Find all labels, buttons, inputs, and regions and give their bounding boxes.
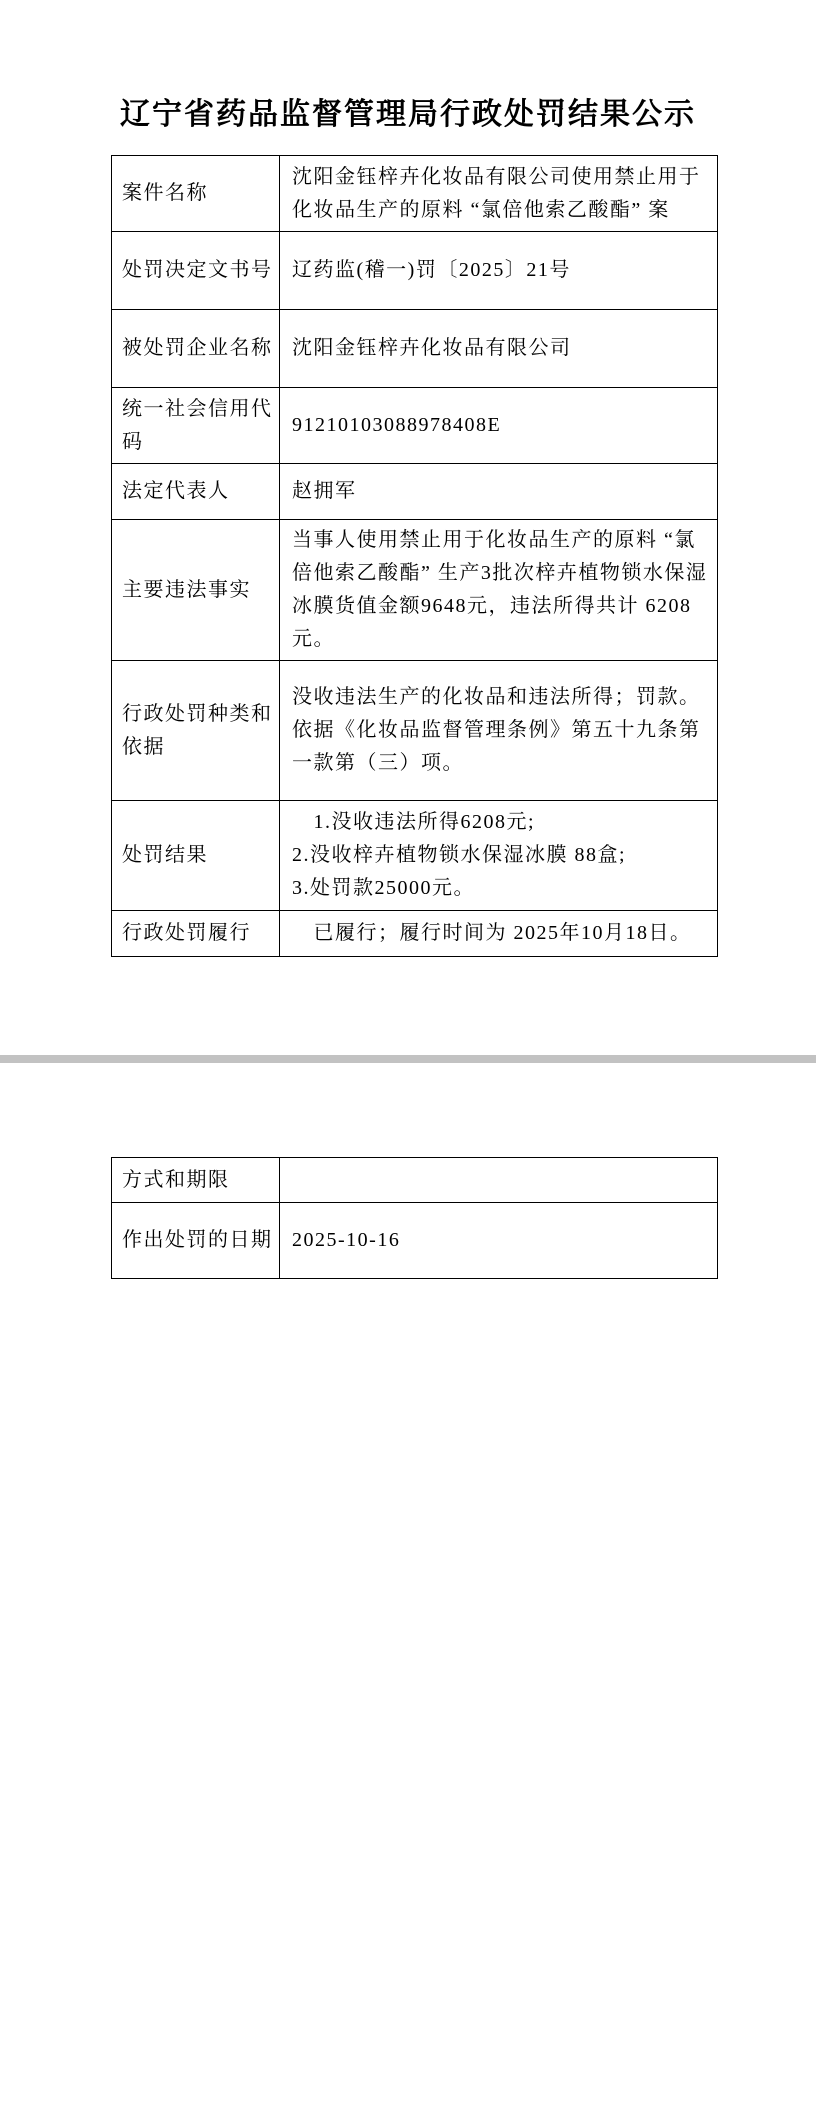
row-label: 方式和期限: [112, 1158, 280, 1203]
section-divider-band: [0, 1055, 816, 1063]
row-label: 处罚决定文书号: [112, 232, 280, 310]
row-value: 2025-10-16: [280, 1203, 718, 1279]
row-value: 91210103088978408E: [280, 388, 718, 464]
table-row-credit-code: 统一社会信用代码 91210103088978408E: [112, 388, 718, 464]
page-title: 辽宁省药品监督管理局行政处罚结果公示: [0, 96, 816, 134]
row-label: 主要违法事实: [112, 520, 280, 661]
row-label: 案件名称: [112, 156, 280, 232]
row-label: 统一社会信用代码: [112, 388, 280, 464]
table-row-penalty-result: 处罚结果 1.没收违法所得6208元; 2.没收梓卉植物锁水保湿冰膜 88盒; …: [112, 801, 718, 911]
penalty-result-table: 案件名称 沈阳金钰梓卉化妆品有限公司使用禁止用于化妆品生产的原料 “氯倍他索乙酸…: [111, 155, 718, 957]
row-label: 行政处罚履行: [112, 911, 280, 957]
penalty-supplement-table: 方式和期限 作出处罚的日期 2025-10-16: [111, 1157, 718, 1279]
row-value: 已履行；履行时间为 2025年10月18日。: [280, 911, 718, 957]
table-row-penalty-performance: 行政处罚履行 已履行；履行时间为 2025年10月18日。: [112, 911, 718, 957]
row-value: 沈阳金钰梓卉化妆品有限公司使用禁止用于化妆品生产的原料 “氯倍他索乙酸酯” 案: [280, 156, 718, 232]
row-value: 当事人使用禁止用于化妆品生产的原料 “氯倍他索乙酸酯” 生产3批次梓卉植物锁水保…: [280, 520, 718, 661]
row-value: [280, 1158, 718, 1203]
row-value: 沈阳金钰梓卉化妆品有限公司: [280, 310, 718, 388]
row-label: 法定代表人: [112, 464, 280, 520]
row-label: 处罚结果: [112, 801, 280, 911]
row-value: 1.没收违法所得6208元; 2.没收梓卉植物锁水保湿冰膜 88盒; 3.处罚款…: [280, 801, 718, 911]
table-row-illegal-facts: 主要违法事实 当事人使用禁止用于化妆品生产的原料 “氯倍他索乙酸酯” 生产3批次…: [112, 520, 718, 661]
row-label: 作出处罚的日期: [112, 1203, 280, 1279]
table-row-method-deadline: 方式和期限: [112, 1158, 718, 1203]
table-row-legal-representative: 法定代表人 赵拥军: [112, 464, 718, 520]
row-label: 被处罚企业名称: [112, 310, 280, 388]
table-row-penalty-date: 作出处罚的日期 2025-10-16: [112, 1203, 718, 1279]
table-row-enterprise-name: 被处罚企业名称 沈阳金钰梓卉化妆品有限公司: [112, 310, 718, 388]
table-row-penalty-type-basis: 行政处罚种类和依据 没收违法生产的化妆品和违法所得；罚款。依据《化妆品监督管理条…: [112, 661, 718, 801]
row-value: 辽药监(稽一)罚〔2025〕21号: [280, 232, 718, 310]
row-value: 没收违法生产的化妆品和违法所得；罚款。依据《化妆品监督管理条例》第五十九条第一款…: [280, 661, 718, 801]
table-row-decision-number: 处罚决定文书号 辽药监(稽一)罚〔2025〕21号: [112, 232, 718, 310]
table-row-case-name: 案件名称 沈阳金钰梓卉化妆品有限公司使用禁止用于化妆品生产的原料 “氯倍他索乙酸…: [112, 156, 718, 232]
document-page: 辽宁省药品监督管理局行政处罚结果公示 案件名称 沈阳金钰梓卉化妆品有限公司使用禁…: [0, 0, 816, 2117]
row-label: 行政处罚种类和依据: [112, 661, 280, 801]
row-value: 赵拥军: [280, 464, 718, 520]
